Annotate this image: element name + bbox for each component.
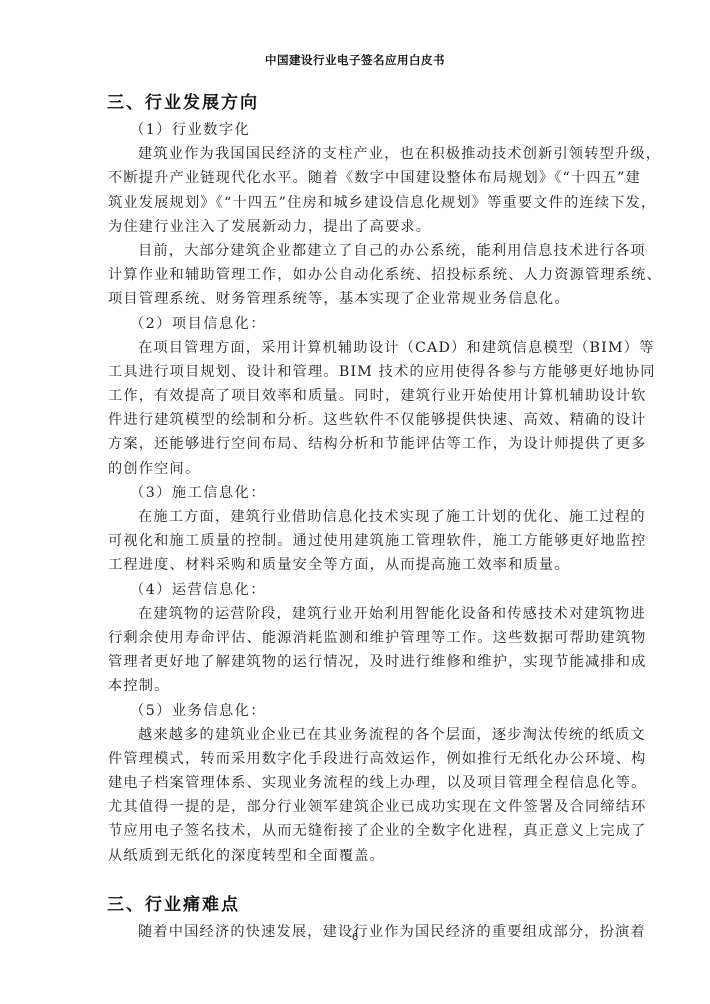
text-line: 行剩余使用寿命评估、能源消耗监测和维护管理等工作。这些数据可帮助建筑物: [108, 626, 604, 650]
paragraph: 在施工方面，建筑行业借助信息化技术实现了施工计划的优化、施工过程的 可视化和施工…: [108, 505, 604, 578]
subsection-title-project-informatization: （2）项目信息化：: [108, 312, 604, 336]
text-line: 可视化和施工质量的控制。通过使用建筑施工管理软件，施工方能够更好地监控: [108, 529, 604, 553]
text-line: 在项目管理方面，采用计算机辅助设计（CAD）和建筑信息模型（BIM）等: [108, 336, 604, 360]
text-line: 本控制。: [108, 674, 604, 698]
text-line: 管理者更好地了解建筑物的运行情况，及时进行维修和维护，实现节能减排和成: [108, 650, 604, 674]
text-line: 从纸质到无纸化的深度转型和全面覆盖。: [108, 844, 604, 868]
text-line: 尤其值得一提的是，部分行业领军建筑企业已成功实现在文件签署及合同缔结环: [108, 795, 604, 819]
text-line: 筑业发展规划》《“十四五”住房和城乡建设信息化规划》等重要文件的连续下发，: [108, 191, 604, 215]
subsection-title-business-informatization: （5）业务信息化：: [108, 699, 604, 723]
paragraph: 建筑业作为我国国民经济的支柱产业，也在积极推动技术创新引领转型升级， 不断提升产…: [108, 142, 604, 239]
text-line: 在建筑物的运营阶段，建筑行业开始利用智能化设备和传感技术对建筑物进: [108, 602, 604, 626]
text-line: 项目管理系统、财务管理系统等，基本实现了企业常规业务信息化。: [108, 287, 604, 311]
document-body: 三、行业发展方向 （1）行业数字化 建筑业作为我国国民经济的支柱产业，也在积极推…: [108, 88, 604, 944]
running-header: 中国建设行业电子签名应用白皮书: [0, 52, 710, 68]
subsection-title-digitalization: （1）行业数字化: [108, 118, 604, 142]
text-line: 件管理模式，转而采用数字化手段进行高效运作，例如推行无纸化办公环境、构: [108, 747, 604, 771]
text-line: 方案，还能够进行空间布局、结构分析和节能评估等工作，为设计师提供了更多: [108, 432, 604, 456]
text-line: 越来越多的建筑业企业已在其业务流程的各个层面，逐步淘汰传统的纸质文: [108, 723, 604, 747]
text-line: 工程进度、材料采购和质量安全等方面，从而提高施工效率和质量。: [108, 553, 604, 577]
section-heading-development-direction: 三、行业发展方向: [107, 88, 604, 118]
section-heading-pain-points: 三、行业痛难点: [107, 890, 604, 920]
text-line: 不断提升产业链现代化水平。随着《数字中国建设整体布局规划》《“十四五”建: [108, 166, 604, 190]
paragraph: 在项目管理方面，采用计算机辅助设计（CAD）和建筑信息模型（BIM）等 工具进行…: [108, 336, 604, 481]
paragraph: 目前，大部分建筑企业都建立了自己的办公系统，能利用信息技术进行各项 计算作业和辅…: [108, 239, 604, 312]
text-line: 节应用电子签名技术，从而无缝衔接了企业的全数字化进程，真正意义上完成了: [108, 819, 604, 843]
text-line: 建筑业作为我国国民经济的支柱产业，也在积极推动技术创新引领转型升级，: [108, 142, 604, 166]
text-line: 工作，有效提高了项目效率和质量。同时，建筑行业开始使用计算机辅助设计软: [108, 384, 604, 408]
paragraph: 越来越多的建筑业企业已在其业务流程的各个层面，逐步淘汰传统的纸质文 件管理模式，…: [108, 723, 604, 868]
text-line: 计算作业和辅助管理工作，如办公自动化系统、招投标系统、人力资源管理系统、: [108, 263, 604, 287]
paragraph: 在建筑物的运营阶段，建筑行业开始利用智能化设备和传感技术对建筑物进 行剩余使用寿…: [108, 602, 604, 699]
text-line: 件进行建筑模型的绘制和分析。这些软件不仅能够提供快速、高效、精确的设计: [108, 408, 604, 432]
text-line: 的创作空间。: [108, 457, 604, 481]
text-line: 在施工方面，建筑行业借助信息化技术实现了施工计划的优化、施工过程的: [108, 505, 604, 529]
text-line: 工具进行项目规划、设计和管理。BIM 技术的应用使得各参与方能够更好地协同: [108, 360, 604, 384]
text-line: 目前，大部分建筑企业都建立了自己的办公系统，能利用信息技术进行各项: [108, 239, 604, 263]
subsection-title-operation-informatization: （4）运营信息化：: [108, 578, 604, 602]
page-number: 6: [0, 932, 710, 943]
text-line: 为住建行业注入了发展新动力，提出了高要求。: [108, 215, 604, 239]
text-line: 建电子档案管理体系、实现业务流程的线上办理，以及项目管理全程信息化等。: [108, 771, 604, 795]
subsection-title-construction-informatization: （3）施工信息化：: [108, 481, 604, 505]
